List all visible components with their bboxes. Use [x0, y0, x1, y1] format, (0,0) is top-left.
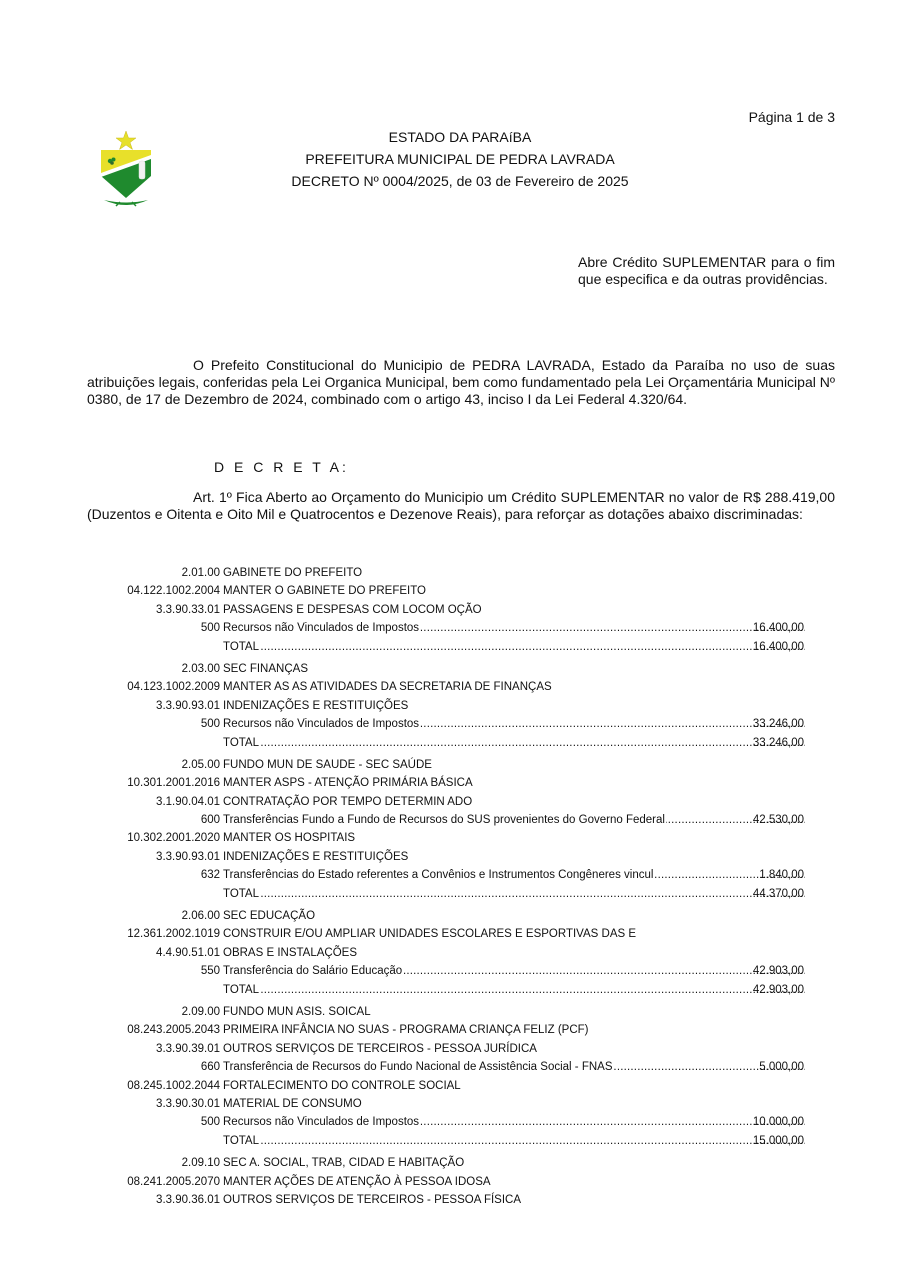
budget-description: GABINETE DO PREFEITO: [223, 564, 362, 582]
budget-code: 3.3.90.93.01: [156, 848, 220, 866]
budget-row-acao: 04.122.1002.2004MANTER O GABINETE DO PRE…: [100, 582, 820, 600]
budget-row-total: TOTAL 33.246,00: [100, 734, 820, 752]
budget-row-org: 2.01.00GABINETE DO PREFEITO: [100, 564, 820, 582]
budget-description: INDENIZAÇÕES E RESTITUIÇÕES: [223, 697, 408, 715]
budget-description: MATERIAL DE CONSUMO: [223, 1095, 362, 1113]
budget-description: OBRAS E INSTALAÇÕES: [223, 944, 357, 962]
budget-code: 08.243.2005.2043: [127, 1021, 220, 1039]
budget-description: Recursos não Vinculados de Impostos: [223, 1113, 805, 1131]
budget-description: MANTER ASPS - ATENÇÃO PRIMÁRIA BÁSICA: [223, 774, 473, 792]
budget-row-fonte: 500Recursos não Vinculados de Impostos16…: [100, 619, 820, 637]
preamble-paragraph: O Prefeito Constitucional do Municipio d…: [87, 357, 835, 408]
budget-description: FUNDO MUN DE SAUDE - SEC SAÚDE: [223, 756, 432, 774]
budget-code: 500: [201, 619, 220, 637]
budget-description: TOTAL: [223, 981, 805, 999]
budget-description: SEC FINANÇAS: [223, 660, 308, 678]
budget-description: Recursos não Vinculados de Impostos: [223, 715, 805, 733]
budget-row-fonte: 600Transferências Fundo a Fundo de Recur…: [100, 811, 820, 829]
budget-description: PRIMEIRA INFÂNCIA NO SUAS - PROGRAMA CRI…: [223, 1021, 589, 1039]
budget-description: MANTER O GABINETE DO PREFEITO: [223, 582, 426, 600]
budget-description: INDENIZAÇÕES E RESTITUIÇÕES: [223, 848, 408, 866]
budget-code: 2.06.00: [182, 907, 220, 925]
article-1: Art. 1º Fica Aberto ao Orçamento do Muni…: [87, 489, 835, 523]
budget-description: Transferência de Recursos do Fundo Nacio…: [223, 1058, 805, 1076]
document-header: ESTADO DA PARAíBA PREFEITURA MUNICIPAL D…: [260, 126, 660, 192]
budget-description: Transferência do Salário Educação: [223, 962, 805, 980]
budget-row-org: 2.09.10SEC A. SOCIAL, TRAB, CIDAD E HABI…: [100, 1154, 820, 1172]
budget-row-org: 2.06.00SEC EDUCAÇÃO: [100, 907, 820, 925]
budget-code: 08.245.1002.2044: [127, 1077, 220, 1095]
budget-description: TOTAL: [223, 734, 805, 752]
budget-row-acao: 10.302.2001.2020MANTER OS HOSPITAIS: [100, 829, 820, 847]
budget-code: 4.4.90.51.01: [156, 944, 220, 962]
budget-code: 3.3.90.39.01: [156, 1040, 220, 1058]
budget-code: 3.3.90.30.01: [156, 1095, 220, 1113]
budget-row-elem: 3.3.90.39.01OUTROS SERVIÇOS DE TERCEIROS…: [100, 1040, 820, 1058]
budget-description: Transferências do Estado referentes a Co…: [223, 866, 805, 884]
budget-row-fonte: 500Recursos não Vinculados de Impostos10…: [100, 1113, 820, 1131]
budget-code: 2.09.00: [182, 1003, 220, 1021]
budget-description: SEC EDUCAÇÃO: [223, 907, 315, 925]
decreta-heading: D E C R E T A:: [214, 459, 349, 475]
budget-row-acao: 10.301.2001.2016MANTER ASPS - ATENÇÃO PR…: [100, 774, 820, 792]
page-indicator: Página 1 de 3: [749, 109, 835, 125]
budget-row-acao: 08.241.2005.2070MANTER AÇÕES DE ATENÇÃO …: [100, 1173, 820, 1191]
budget-code: 600: [201, 811, 220, 829]
budget-code: 04.123.1002.2009: [127, 678, 220, 696]
budget-code: 500: [201, 715, 220, 733]
budget-row-fonte: 500Recursos não Vinculados de Impostos33…: [100, 715, 820, 733]
budget-description: Transferências Fundo a Fundo de Recursos…: [223, 811, 805, 829]
budget-code: 2.09.10: [182, 1154, 220, 1172]
budget-row-elem: 3.1.90.04.01CONTRATAÇÃO POR TEMPO DETERM…: [100, 793, 820, 811]
budget-code: 2.05.00: [182, 756, 220, 774]
article-1-text: Art. 1º Fica Aberto ao Orçamento do Muni…: [87, 489, 835, 522]
budget-description: MANTER AÇÕES DE ATENÇÃO À PESSOA IDOSA: [223, 1173, 491, 1191]
municipality-name: PREFEITURA MUNICIPAL DE PEDRA LAVRADA: [260, 148, 660, 170]
budget-code: 3.1.90.04.01: [156, 793, 220, 811]
budget-code: 04.122.1002.2004: [127, 582, 220, 600]
budget-description: MANTER AS AS ATIVIDADES DA SECRETARIA DE…: [223, 678, 552, 696]
budget-row-fonte: 660Transferência de Recursos do Fundo Na…: [100, 1058, 820, 1076]
budget-description: FORTALECIMENTO DO CONTROLE SOCIAL: [223, 1077, 461, 1095]
budget-description: Recursos não Vinculados de Impostos: [223, 619, 805, 637]
budget-row-fonte: 632Transferências do Estado referentes a…: [100, 866, 820, 884]
budget-code: 660: [201, 1058, 220, 1076]
decree-summary: Abre Crédito SUPLEMENTAR para o fim que …: [578, 254, 835, 288]
budget-description: PASSAGENS E DESPESAS COM LOCOM OÇÃO: [223, 601, 482, 619]
budget-code: 3.3.90.93.01: [156, 697, 220, 715]
budget-description: MANTER OS HOSPITAIS: [223, 829, 355, 847]
budget-code: 3.3.90.36.01: [156, 1191, 220, 1209]
budget-row-acao: 08.243.2005.2043PRIMEIRA INFÂNCIA NO SUA…: [100, 1021, 820, 1039]
budget-description: TOTAL: [223, 885, 805, 903]
budget-code: 2.03.00: [182, 660, 220, 678]
preamble-text: O Prefeito Constitucional do Municipio d…: [87, 357, 835, 407]
budget-row-total: TOTAL 44.370,00: [100, 885, 820, 903]
budget-row-elem: 3.3.90.33.01PASSAGENS E DESPESAS COM LOC…: [100, 601, 820, 619]
budget-code: 2.01.00: [182, 564, 220, 582]
budget-description: TOTAL: [223, 1132, 805, 1150]
budget-row-total: TOTAL 16.400,00: [100, 638, 820, 656]
budget-row-org: 2.09.00FUNDO MUN ASIS. SOICAL: [100, 1003, 820, 1021]
state-name: ESTADO DA PARAíBA: [260, 126, 660, 148]
budget-code: 08.241.2005.2070: [127, 1173, 220, 1191]
budget-code: 550: [201, 962, 220, 980]
budget-row-fonte: 550Transferência do Salário Educação42.9…: [100, 962, 820, 980]
budget-row-elem: 3.3.90.36.01OUTROS SERVIÇOS DE TERCEIROS…: [100, 1191, 820, 1209]
budget-row-acao: 12.361.2002.1019CONSTRUIR E/OU AMPLIAR U…: [100, 925, 820, 943]
budget-code: 12.361.2002.1019: [127, 925, 220, 943]
budget-description: OUTROS SERVIÇOS DE TERCEIROS - PESSOA JU…: [223, 1040, 537, 1058]
budget-row-elem: 4.4.90.51.01OBRAS E INSTALAÇÕES: [100, 944, 820, 962]
budget-row-elem: 3.3.90.30.01MATERIAL DE CONSUMO: [100, 1095, 820, 1113]
budget-row-total: TOTAL 15.000,00: [100, 1132, 820, 1150]
budget-row-org: 2.03.00SEC FINANÇAS: [100, 660, 820, 678]
budget-code: 632: [201, 866, 220, 884]
budget-description: CONTRATAÇÃO POR TEMPO DETERMIN ADO: [223, 793, 472, 811]
budget-code: 500: [201, 1113, 220, 1131]
budget-code: 3.3.90.33.01: [156, 601, 220, 619]
budget-description: TOTAL: [223, 638, 805, 656]
budget-row-elem: 3.3.90.93.01INDENIZAÇÕES E RESTITUIÇÕES: [100, 697, 820, 715]
budget-row-org: 2.05.00FUNDO MUN DE SAUDE - SEC SAÚDE: [100, 756, 820, 774]
budget-description: SEC A. SOCIAL, TRAB, CIDAD E HABITAÇÃO: [223, 1154, 464, 1172]
budget-row-acao: 08.245.1002.2044FORTALECIMENTO DO CONTRO…: [100, 1077, 820, 1095]
coat-of-arms-icon: [98, 130, 154, 208]
budget-allocation-table: 2.01.00GABINETE DO PREFEITO04.122.1002.2…: [100, 564, 820, 1209]
decree-title: DECRETO Nº 0004/2025, de 03 de Fevereiro…: [260, 170, 660, 192]
budget-row-elem: 3.3.90.93.01INDENIZAÇÕES E RESTITUIÇÕES: [100, 848, 820, 866]
budget-row-total: TOTAL 42.903,00: [100, 981, 820, 999]
budget-description: CONSTRUIR E/OU AMPLIAR UNIDADES ESCOLARE…: [223, 925, 636, 943]
budget-code: 10.301.2001.2016: [127, 774, 220, 792]
budget-code: 10.302.2001.2020: [127, 829, 220, 847]
budget-description: FUNDO MUN ASIS. SOICAL: [223, 1003, 371, 1021]
budget-row-acao: 04.123.1002.2009MANTER AS AS ATIVIDADES …: [100, 678, 820, 696]
budget-description: OUTROS SERVIÇOS DE TERCEIROS - PESSOA FÍ…: [223, 1191, 521, 1209]
